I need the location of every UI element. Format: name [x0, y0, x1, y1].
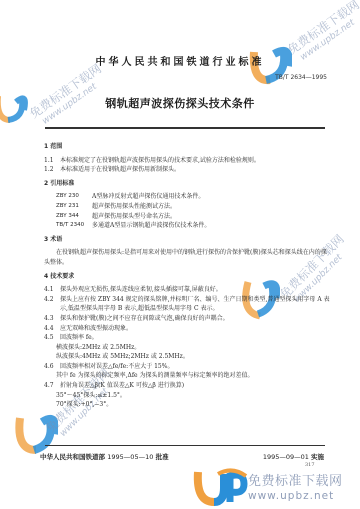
watermark-site-url: www.upbz.net [248, 490, 343, 502]
clause-detail: 横波探头:2MHz 或 2.5MHz。 [44, 343, 330, 353]
document-body: 1 范围 1.1本标准规定了在役钢轨超声波探伤用探头的技术要求,试验方法和检验规… [44, 138, 330, 410]
clause: 4.7折射角误差△β(K 值误差△K 可按△β 进行换算) [44, 381, 330, 391]
reference-item: ZBY 231超声探伤用探头性能测试方法。 [44, 202, 330, 212]
approval-info: 中华人民共和国铁道部 1995—05—10 批准 [40, 452, 169, 461]
section-heading-normative-references: 2 引用标准 [44, 179, 330, 189]
effective-info: 1995—09—01 实施 [263, 452, 324, 461]
watermark-site-name: 免费标准下载网 [248, 470, 343, 489]
clause: 4.4应无双峰和波型振动现象。 [44, 324, 330, 334]
reference-item: ZBY 344超声探伤用探头型号命名方法。 [44, 212, 330, 222]
document-page: 免费标准下载网 www.upbz.net 免费标准下载网 www.upbz.ne… [0, 0, 360, 509]
section-heading-scope: 1 范围 [44, 142, 330, 152]
footer-divider [45, 445, 325, 446]
effective-date: 1995—09—01 [263, 453, 309, 461]
up-logo-icon [192, 468, 248, 506]
issuer: 中华人民共和国铁道部 [40, 453, 105, 461]
header-divider [45, 127, 325, 129]
clause: 4.2探头上应有按 ZBY 344 规定的探头铭牌,并标明厂名、编号、生产日期和… [44, 295, 330, 314]
watermark-bottom-text: 免费标准下载网 www.upbz.net [248, 470, 343, 502]
clause: 4.3探头和保护靴(膜)之间不应存在间隙或气泡,确保良好的声耦合。 [44, 314, 330, 324]
document-title: 钢轨超声波探伤探头技术条件 [0, 95, 360, 111]
reference-item: TB/T 2340多通道A型显示钢轨超声波探伤仪技术条件。 [44, 221, 330, 231]
clause-detail: 纵波探头:4MHz 或 5MHz;2MHz 或 2.5MHz。 [44, 352, 330, 362]
approval-date: 1995—05—10 [107, 453, 153, 461]
effective-label: 实施 [311, 453, 324, 461]
term-definition: 在役钢轨超声探伤用探头:是指可用来对使用中的钢轨进行探伤的含保护靴(膜)探头芯和… [44, 248, 330, 267]
clause-detail: 其中 fe 为探头的标定频率,Δfe 为探头的测量频率与标定频率的绝对差值。 [44, 371, 330, 381]
reference-item: ZBY 230A型脉冲反射式超声探伤仪通用技术条件。 [44, 192, 330, 202]
clause: 1.2本标准适用于在役钢轨超声探伤用新制探头。 [44, 165, 330, 175]
clause-detail: 70°探头:+0°,−3°。 [44, 400, 330, 410]
standard-code: TB/T 2634—1995 [275, 74, 327, 81]
watermark-top-right: 免费标准下载网 www.upbz.net [240, 0, 360, 100]
clause: 4.5回波频率 fe。 [44, 333, 330, 343]
clause-detail: 35°～45°探头:≤±1.5°。 [44, 391, 330, 401]
up-logo-icon [14, 410, 58, 458]
section-heading-terms: 3 术语 [44, 235, 330, 245]
clause: 1.1本标准规定了在役钢轨超声波探伤用探头的技术要求,试验方法和检验规则。 [44, 156, 330, 166]
clause: 4.6回波频率相对误差△fe/fe:不应大于 15%。 [44, 362, 330, 372]
approval-label: 批准 [156, 453, 169, 461]
section-heading-technical-requirements: 4 技术要求 [44, 272, 330, 282]
page-number: 317 [305, 462, 315, 468]
issuing-organization-header: 中华人民共和国铁道行业标准 [0, 53, 360, 68]
clause: 4.1探头外观应无损伤,探头连线应柔韧,接头插接可靠,屏蔽良好。 [44, 285, 330, 295]
